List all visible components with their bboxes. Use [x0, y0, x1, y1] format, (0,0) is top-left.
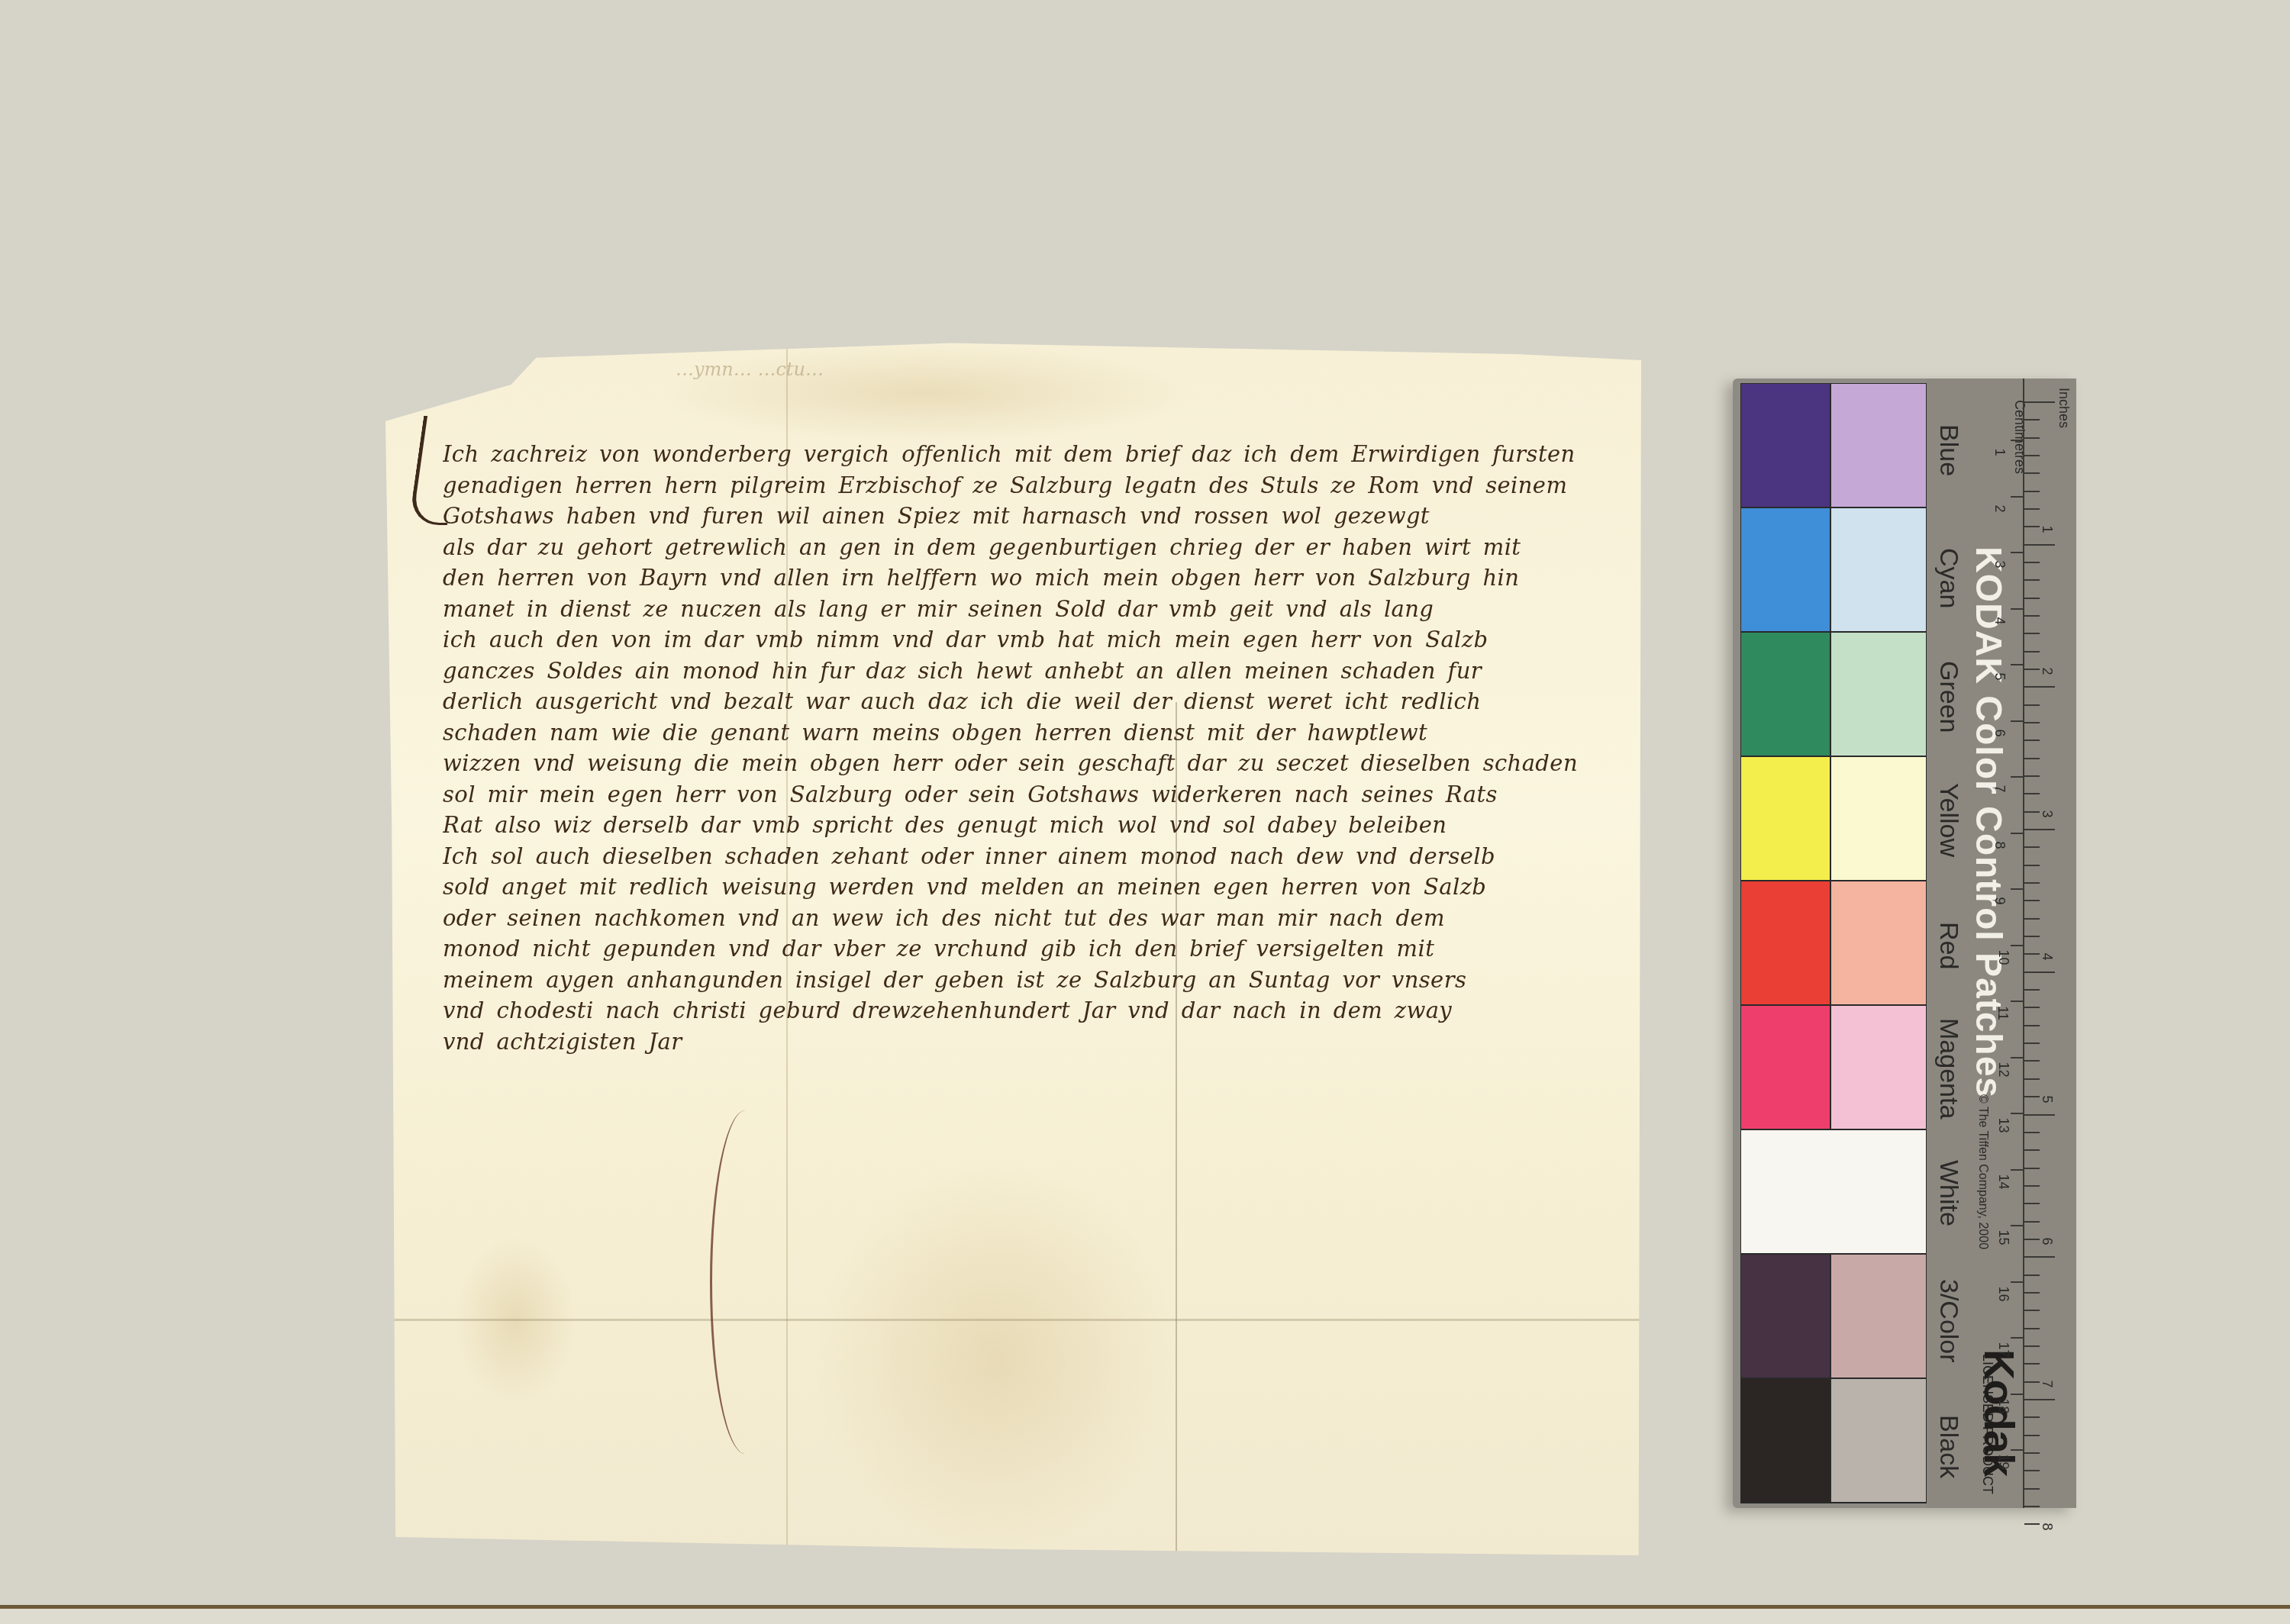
cm-tick-label: 7	[1992, 785, 2008, 792]
faint-endorsement-text: …ymn… …ctu…	[676, 359, 1134, 404]
text-line: sol mir mein egen herr von Salzburg oder…	[443, 779, 1580, 810]
cm-tick-label: 9	[1992, 897, 2008, 904]
cm-tick	[2011, 664, 2024, 665]
patch-red-light	[1830, 881, 1927, 1005]
inch-tick	[2024, 739, 2040, 741]
cm-tick	[2011, 945, 2024, 946]
inch-tick	[2024, 1185, 2040, 1187]
label-magenta: Magenta	[1934, 1018, 1963, 1119]
cm-tick-label: 16	[1995, 1286, 2011, 1301]
inch-tick	[2024, 1435, 2040, 1436]
inch-tick	[2024, 1114, 2055, 1116]
patch-blue-dark	[1740, 383, 1830, 507]
inch-tick	[2024, 936, 2040, 937]
cm-tick-label: 12	[1995, 1062, 2011, 1077]
cm-tick	[2011, 833, 2024, 834]
inch-tick	[2024, 1025, 2040, 1026]
inch-tick	[2024, 1292, 2040, 1294]
cm-tick	[2011, 720, 2024, 722]
cm-tick	[2011, 552, 2024, 553]
fold-crease-horizontal	[385, 1319, 1641, 1321]
charter-text-body: Ich zachreiz von wonderberg vergich offe…	[443, 439, 1580, 1057]
text-line: wizzen vnd weisung die mein obgen herr o…	[443, 748, 1580, 779]
cm-tick-label: 18	[1995, 1398, 2011, 1413]
inch-tick	[2024, 1416, 2040, 1418]
patch-3color-light	[1830, 1254, 1927, 1378]
inch-tick	[2024, 491, 2040, 492]
cm-tick	[2011, 1281, 2024, 1283]
inch-tick	[2024, 1310, 2040, 1311]
cm-tick-label: 13	[1995, 1117, 2011, 1133]
inch-tick	[2024, 1345, 2040, 1347]
text-line: ganczes Soldes ain monod hin fur daz sic…	[443, 656, 1580, 687]
inch-tick	[2024, 953, 2040, 955]
inch-tick	[2024, 1363, 2040, 1365]
text-line: Gotshaws haben vnd furen wil ainen Spiez…	[443, 501, 1580, 532]
inch-tick	[2024, 651, 2040, 652]
cm-tick-label: 11	[1995, 1006, 2011, 1020]
label-black: Black	[1934, 1415, 1963, 1478]
patch-cyan-light	[1830, 507, 1927, 632]
inch-tick	[2024, 1506, 2040, 1507]
ruler-scale-line	[2023, 379, 2024, 1508]
cm-tick-label: 6	[1992, 729, 2008, 736]
label-blue: Blue	[1934, 424, 1963, 476]
copyright-notice: © The Tiffen Company, 2000	[1976, 1094, 1989, 1249]
text-line: Ich zachreiz von wonderberg vergich offe…	[443, 439, 1580, 470]
patch-green-light	[1830, 632, 1927, 756]
cm-tick-label: 8	[1992, 841, 2008, 849]
cm-tick-label: 17	[1995, 1342, 2011, 1357]
inch-tick-label: 7	[2039, 1380, 2055, 1387]
parchment-charter: …ymn… …ctu… Ich zachreiz von wonderberg …	[385, 336, 1641, 1555]
inch-tick	[2024, 633, 2040, 634]
text-line: Ich sol auch dieselben schaden zehant od…	[443, 841, 1580, 872]
cm-tick	[2011, 1000, 2024, 1002]
inch-tick	[2024, 598, 2040, 599]
inch-tick	[2024, 472, 2040, 474]
cm-tick	[2011, 1169, 2024, 1171]
label-white: White	[1934, 1160, 1963, 1226]
inch-tick	[2024, 722, 2040, 723]
inch-tick-label: 6	[2039, 1238, 2055, 1245]
patch-magenta-dark	[1740, 1005, 1830, 1129]
inch-tick	[2024, 865, 2040, 866]
inch-tick	[2024, 775, 2040, 777]
text-line: monod nicht gepunden vnd dar vber ze vrc…	[443, 933, 1580, 965]
label-3color: 3/Color	[1934, 1279, 1963, 1363]
inches-label: Inches	[2056, 388, 2072, 428]
inch-tick	[2024, 793, 2040, 794]
inch-tick	[2024, 829, 2055, 830]
inch-tick	[2024, 882, 2040, 884]
cm-tick	[2011, 608, 2024, 610]
patch-white	[1740, 1129, 1927, 1254]
label-cyan: Cyan	[1934, 548, 1963, 608]
cm-tick-label: 2	[1992, 504, 2008, 512]
cm-tick	[2011, 1057, 2024, 1058]
cm-tick	[2011, 440, 2024, 441]
inch-tick	[2024, 1274, 2040, 1276]
cm-tick-label: 10	[1995, 949, 2011, 965]
cm-tick-label: 1	[1992, 448, 2008, 456]
inch-tick	[2024, 437, 2040, 439]
inch-tick	[2024, 1523, 2040, 1525]
patch-yellow-light	[1830, 756, 1927, 881]
text-line: oder seinen nachkomen vnd an wew ich des…	[443, 903, 1580, 934]
inch-tick	[2024, 1007, 2040, 1008]
inch-tick	[2024, 758, 2040, 759]
inch-tick	[2024, 615, 2040, 617]
text-line: meinem aygen anhangunden insigel der geb…	[443, 965, 1580, 996]
patch-3color-dark	[1740, 1254, 1830, 1378]
inch-tick	[2024, 1078, 2040, 1080]
inch-tick	[2024, 526, 2040, 527]
cm-tick-label: 4	[1992, 617, 2008, 624]
inch-tick	[2024, 1488, 2040, 1490]
inch-tick	[2024, 1256, 2055, 1258]
inch-tick	[2024, 1203, 2040, 1204]
cm-tick	[2011, 888, 2024, 890]
patch-yellow-dark	[1740, 756, 1830, 881]
kodak-color-target: Blue Cyan Green Yellow Red Magenta White…	[1733, 379, 2076, 1508]
inch-tick-label: 4	[2039, 952, 2055, 960]
inch-tick	[2024, 971, 2055, 973]
inch-tick	[2024, 704, 2040, 706]
cm-tick	[2011, 1449, 2024, 1451]
patch-magenta-light	[1830, 1005, 1927, 1129]
cm-tick	[2011, 1394, 2024, 1395]
inch-tick	[2024, 1221, 2040, 1223]
inch-tick	[2024, 918, 2040, 920]
cm-tick-label: 14	[1995, 1174, 2011, 1189]
inch-tick	[2024, 1381, 2040, 1383]
text-line: den herren von Bayrn vnd allen irn helff…	[443, 562, 1580, 594]
inch-tick	[2024, 811, 2040, 813]
cm-tick	[2011, 496, 2024, 498]
inch-tick	[2024, 686, 2055, 688]
notarial-flourish	[710, 1110, 781, 1454]
inch-tick	[2024, 1168, 2040, 1169]
inch-tick	[2024, 669, 2040, 670]
cm-tick-label: 15	[1995, 1229, 2011, 1245]
inch-tick	[2024, 508, 2040, 510]
text-line: genadigen herren hern pilgreim Erzbischo…	[443, 470, 1580, 501]
cm-tick	[2011, 776, 2024, 778]
seal-stain	[813, 1160, 1179, 1557]
label-yellow: Yellow	[1934, 783, 1963, 857]
color-patch-grid	[1740, 383, 1927, 1503]
inch-tick-label: 5	[2039, 1095, 2055, 1103]
patch-blue-light	[1830, 383, 1927, 507]
text-line: schaden nam wie die genant warn meins ob…	[443, 717, 1580, 749]
patch-black-light	[1830, 1378, 1927, 1503]
text-line: manet in dienst ze nuczen als lang er mi…	[443, 594, 1580, 625]
cm-tick	[2011, 1113, 2024, 1114]
text-line: als dar zu gehort getrewlich an gen in d…	[443, 532, 1580, 563]
inch-tick	[2024, 1096, 2040, 1097]
text-line: vnd achtzigisten Jar	[443, 1026, 1580, 1058]
text-line: Rat also wiz derselb dar vmb spricht des…	[443, 810, 1580, 841]
patch-green-dark	[1740, 632, 1830, 756]
cm-tick-label: 5	[1992, 672, 2008, 680]
inch-tick	[2024, 900, 2040, 901]
inch-tick	[2024, 579, 2040, 581]
inch-tick	[2024, 989, 2040, 991]
label-red: Red	[1934, 922, 1963, 969]
inch-tick-label: 1	[2039, 525, 2055, 533]
inch-tick	[2024, 1239, 2040, 1240]
inch-tick-label: 8	[2039, 1522, 2055, 1530]
label-green: Green	[1934, 661, 1963, 733]
cm-tick-label: 3	[1992, 560, 2008, 568]
text-line: sold anget mit redlich weisung werden vn…	[443, 872, 1580, 903]
cm-tick	[2011, 1337, 2024, 1339]
label-and-ruler-strip: Blue Cyan Green Yellow Red Magenta White…	[1927, 379, 2076, 1508]
inch-tick	[2024, 1399, 2055, 1400]
inch-tick	[2024, 1452, 2040, 1454]
cm-tick-label: 19	[1995, 1454, 2011, 1469]
licensed-product-label: LICENSED PRODUCT	[1979, 1354, 1995, 1494]
inch-tick	[2024, 562, 2040, 563]
inch-tick	[2024, 1060, 2040, 1062]
patch-black-dark	[1740, 1378, 1830, 1503]
inch-tick	[2024, 1470, 2040, 1471]
inch-tick	[2024, 846, 2040, 848]
inch-tick-label: 2	[2039, 668, 2055, 675]
table-surface	[0, 1609, 2290, 1624]
inch-tick	[2024, 419, 2040, 420]
inch-tick	[2024, 1328, 2040, 1329]
inch-tick	[2024, 1132, 2040, 1133]
inch-tick	[2024, 1149, 2040, 1151]
text-line: ich auch den von im dar vmb nimm vnd dar…	[443, 624, 1580, 656]
inch-tick	[2024, 455, 2040, 456]
inch-tick	[2024, 1042, 2040, 1044]
inch-tick	[2024, 401, 2055, 403]
patch-red-dark	[1740, 881, 1830, 1005]
text-line: derlich ausgericht vnd bezalt war auch d…	[443, 686, 1580, 717]
cm-tick	[2011, 1225, 2024, 1226]
inch-tick-label: 3	[2039, 810, 2055, 818]
patch-cyan-dark	[1740, 507, 1830, 632]
text-line: vnd chodesti nach christi geburd drewzeh…	[443, 995, 1580, 1026]
inch-tick	[2024, 544, 2055, 546]
